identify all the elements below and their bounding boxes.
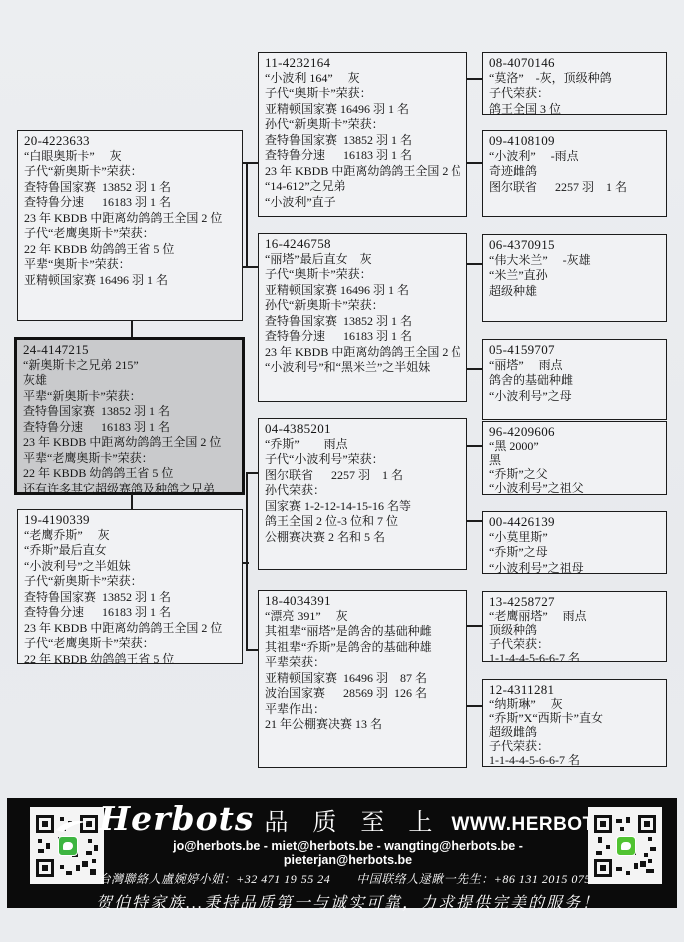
pedigree-line: 23 年 KBDB 中距离幼鸽鸽王全国 2 位 [265, 345, 460, 361]
paternal-grandmother-box: 16-4246758 “丽塔”最后直女 灰子代“奥斯卡”荣获：亚精顿国家赛 16… [258, 233, 467, 402]
pedigree-line: 图尔联省 2257 羽 1 名 [489, 180, 660, 196]
pedigree-text: “莫洛” -灰，顶级种鸽子代荣获：鸽王全国 3 位 [489, 71, 660, 116]
pedigree-line: 还有许多其它超级赛鸽及种鸽之兄弟 [23, 482, 236, 496]
pedigree-line: 查特鲁国家赛 13852 羽 1 名 [24, 180, 236, 196]
pedigree-line: 平辈“新奥斯卡”荣获： [23, 389, 236, 405]
great-grandparent-box-1: 08-4070146 “莫洛” -灰，顶级种鸽子代荣获：鸽王全国 3 位 [482, 52, 667, 115]
ring-number: 20-4223633 [24, 133, 236, 149]
subject-box: 24-4147215 “新奥斯卡之兄弟 215”灰雄平辈“新奥斯卡”荣获：查特鲁… [14, 337, 245, 495]
pedigree-line: “米兰”直孙 [489, 268, 660, 284]
pedigree-line: “小波利号”之母 [489, 389, 660, 405]
ring-number: 05-4159707 [489, 342, 660, 358]
pedigree-text: “丽塔” 雨点鸽舍的基础种雌“小波利号”之母 [489, 358, 660, 405]
footer-banner: Herbots 品 质 至 上 WWW.HERBOTS.BE jo@herbot… [7, 798, 677, 908]
ring-number: 16-4246758 [265, 236, 460, 252]
pedigree-line: “新奥斯卡之兄弟 215” [23, 358, 236, 374]
maternal-grandmother-box: 18-4034391 “漂亮 391” 灰其祖辈“丽塔”是鸽舍的基础种雌其祖辈“… [258, 590, 467, 768]
pedigree-text: “老鹰丽塔” 雨点顶级种鸽子代荣获：1-1-4-4-5-6-6-7 名 [489, 609, 660, 662]
great-grandparent-box-4: 05-4159707 “丽塔” 雨点鸽舍的基础种雌“小波利号”之母 [482, 339, 667, 420]
great-grandparent-box-3: 06-4370915 “伟大米兰” -灰雄“米兰”直孙超级种雄 [482, 234, 667, 322]
connector-line [466, 625, 483, 627]
pedigree-line: “乔斯”之父 [489, 467, 660, 481]
pedigree-document: 20-4223633 “白眼奥斯卡” 灰子代“新奥斯卡”荣获：查特鲁国家赛 13… [0, 0, 684, 942]
pedigree-line: 查特鲁分速 16183 羽 1 名 [265, 329, 460, 345]
pedigree-text: “小波利 164” 灰子代“奥斯卡”荣获：亚精顿国家赛 16496 羽 1 名孙… [265, 71, 460, 211]
maternal-grandfather-box: 04-4385201 “乔斯” 雨点子代“小波利号”荣获：图尔联省 2257 羽… [258, 418, 467, 570]
pedigree-line: 亚精顿国家赛 16496 羽 87 名 [265, 671, 460, 687]
brand-logo: Herbots [99, 802, 254, 836]
connector-line [246, 649, 259, 651]
pedigree-line: 子代“老鹰奥斯卡”荣获： [24, 226, 236, 242]
pedigree-text: “小莫里斯”“乔斯”之母“小波利号”之祖母 [489, 530, 660, 575]
pedigree-line: 灰雄 [23, 373, 236, 389]
pedigree-line: “乔斯”最后直女 [24, 543, 236, 559]
pedigree-line: 子代“老鹰奥斯卡”荣获： [24, 636, 236, 652]
pedigree-line: 22 年 KBDB 幼鸽鸽王省 5 位 [24, 242, 236, 258]
ring-number: 06-4370915 [489, 237, 660, 253]
pedigree-line: “老鹰乔斯” 灰 [24, 528, 236, 544]
pedigree-line: 查特鲁分速 16183 羽 1 名 [24, 605, 236, 621]
pedigree-line: 23 年 KBDB 中距离幼鸽鸽王全国 2 位 [24, 621, 236, 637]
paternal-grandfather-box: 11-4232164 “小波利 164” 灰子代“奥斯卡”荣获：亚精顿国家赛 1… [258, 52, 467, 217]
connector-line [466, 705, 483, 707]
pedigree-text: “漂亮 391” 灰其祖辈“丽塔”是鸽舍的基础种雌其祖辈“乔斯”是鸽舍的基础种雄… [265, 609, 460, 733]
pedigree-line: 1-1-4-4-5-6-6-7 名 [489, 753, 660, 767]
great-grandparent-box-5: 96-4209606 “黑 2000”黑“乔斯”之父“小波利号”之祖父 [482, 421, 667, 495]
pedigree-text: “丽塔”最后直女 灰子代“奥斯卡”荣获：亚精顿国家赛 16496 羽 1 名孙代… [265, 252, 460, 376]
great-grandparent-box-8: 12-4311281 “纳斯琳” 灰“乔斯”X“西斯卡”直女超级雌鸽子代荣获：1… [482, 679, 667, 767]
pedigree-line: 子代“新奥斯卡”荣获： [24, 574, 236, 590]
pedigree-line: 22 年 KBDB 幼鸽鸽王省 5 位 [23, 466, 236, 482]
line-app-icon [58, 836, 78, 856]
pedigree-line: 子代荣获： [489, 637, 660, 651]
pedigree-text: “纳斯琳” 灰“乔斯”X“西斯卡”直女超级雌鸽子代荣获：1-1-4-4-5-6-… [489, 697, 660, 767]
pedigree-line: “纳斯琳” 灰 [489, 697, 660, 711]
great-grandparent-box-7: 13-4258727 “老鹰丽塔” 雨点顶级种鸽子代荣获：1-1-4-4-5-6… [482, 591, 667, 662]
footer-center: Herbots 品 质 至 上 WWW.HERBOTS.BE jo@herbot… [111, 800, 585, 906]
great-grandparent-box-6: 00-4426139 “小莫里斯”“乔斯”之母“小波利号”之祖母 [482, 511, 667, 574]
pedigree-text: “小波利” -雨点奇迹雌鸽图尔联省 2257 羽 1 名 [489, 149, 660, 196]
pedigree-line: 其祖辈“丽塔”是鸽舍的基础种雌 [265, 624, 460, 640]
pedigree-line: 21 年公棚赛决赛 13 名 [265, 717, 460, 733]
pedigree-line: 查特鲁分速 16183 羽 1 名 [23, 420, 236, 436]
pedigree-line: 子代“奥斯卡”荣获： [265, 267, 460, 283]
pedigree-line: “丽塔”最后直女 灰 [265, 252, 460, 268]
pedigree-line: 公棚赛决赛 2 名和 5 名 [265, 530, 460, 546]
pedigree-line: 孙代“新奥斯卡”荣获： [265, 117, 460, 133]
wechat-qr-code [588, 807, 662, 884]
pedigree-line: 孙代“新奥斯卡”荣获： [265, 298, 460, 314]
contact-emails: jo@herbots.be - miet@herbots.be - wangti… [111, 839, 585, 867]
pedigree-line: 23 年 KBDB 中距离幼鸽鸽王全国 2 位 [265, 164, 460, 180]
pedigree-line: 子代“新奥斯卡”荣获： [24, 164, 236, 180]
pedigree-line: “伟大米兰” -灰雄 [489, 253, 660, 269]
ring-number: 12-4311281 [489, 682, 660, 697]
connector-line [466, 520, 483, 522]
pedigree-line: “老鹰丽塔” 雨点 [489, 609, 660, 623]
connector-line [466, 263, 483, 265]
pedigree-line: 子代“小波利号”荣获： [265, 452, 460, 468]
pedigree-line: “小波利号”之半姐妹 [24, 559, 236, 575]
ring-number: 11-4232164 [265, 55, 460, 71]
wechat-icon [616, 836, 636, 856]
pedigree-line: “小波利”直子 [265, 195, 460, 211]
ring-number: 09-4108109 [489, 133, 660, 149]
pedigree-line: “14-612”之兄弟 [265, 179, 460, 195]
pedigree-line: 子代荣获： [489, 739, 660, 753]
pedigree-line: 22 年 KBDB 幼鸽鸽王省 5 位 [24, 652, 236, 665]
connector-line [131, 494, 133, 510]
pedigree-line: 平辈“老鹰奥斯卡”荣获： [23, 451, 236, 467]
pedigree-line: “小波利号”和“黑米兰”之半姐妹 [265, 360, 460, 376]
pedigree-text: “白眼奥斯卡” 灰子代“新奥斯卡”荣获：查特鲁国家赛 13852 羽 1 名查特… [24, 149, 236, 289]
ring-number: 08-4070146 [489, 55, 660, 71]
pedigree-line: “乔斯”X“西斯卡”直女 [489, 711, 660, 725]
pedigree-line: 超级种雄 [489, 284, 660, 300]
connector-line [246, 162, 248, 268]
contact-phones: 台灣聯絡人盧婉婷小姐：+32 471 19 55 24中国联络人逯瞅一先生：+8… [99, 870, 598, 887]
ring-number: 96-4209606 [489, 424, 660, 439]
ring-number: 13-4258727 [489, 594, 660, 609]
pedigree-line: 亚精顿国家赛 16496 羽 1 名 [265, 283, 460, 299]
pedigree-line: 鸽王全国 2 位-3 位和 7 位 [265, 514, 460, 530]
pedigree-line: 亚精顿国家赛 16496 羽 1 名 [24, 273, 236, 289]
pedigree-line: “小波利 164” 灰 [265, 71, 460, 87]
pedigree-line: 查特鲁国家赛 13852 羽 1 名 [265, 133, 460, 149]
pedigree-line: 超级雌鸽 [489, 725, 660, 739]
father-box: 20-4223633 “白眼奥斯卡” 灰子代“新奥斯卡”荣获：查特鲁国家赛 13… [17, 130, 243, 321]
pedigree-line: 国家赛 1-2-12-14-15-16 名等 [265, 499, 460, 515]
pedigree-line: 黑 [489, 453, 660, 467]
pedigree-line: 奇迹雌鸽 [489, 164, 660, 180]
connector-line [466, 445, 483, 447]
connector-line [131, 320, 133, 337]
pedigree-line: 顶级种鸽 [489, 623, 660, 637]
pedigree-line: “小波利号”之祖父 [489, 481, 660, 495]
pedigree-line: 查特鲁国家赛 13852 羽 1 名 [23, 404, 236, 420]
pedigree-line: 子代荣获： [489, 86, 660, 102]
pedigree-line: 23 年 KBDB 中距离幼鸽鸽王全国 2 位 [23, 435, 236, 451]
pedigree-text: “黑 2000”黑“乔斯”之父“小波利号”之祖父 [489, 439, 660, 495]
slogan-text: 品 质 至 上 [264, 808, 441, 838]
pedigree-line: “丽塔” 雨点 [489, 358, 660, 374]
china-contact: 中国联络人逯瞅一先生：+86 131 2015 0755 [356, 872, 597, 886]
pedigree-line: 平辈荣获： [265, 655, 460, 671]
pedigree-line: “黑 2000” [489, 439, 660, 453]
pedigree-line: “漂亮 391” 灰 [265, 609, 460, 625]
pedigree-line: 亚精顿国家赛 16496 羽 1 名 [265, 102, 460, 118]
pedigree-line: 查特鲁分速 16183 羽 1 名 [265, 148, 460, 164]
pedigree-line: “小莫里斯” [489, 530, 660, 546]
taiwan-contact: 台灣聯絡人盧婉婷小姐：+32 471 19 55 24 [99, 872, 331, 886]
footer-tagline: 贺伯特家族...秉持品质第一与诚实可靠，力求提供完美的服务！ [96, 890, 600, 913]
pedigree-text: “新奥斯卡之兄弟 215”灰雄平辈“新奥斯卡”荣获：查特鲁国家赛 13852 羽… [23, 358, 236, 496]
pedigree-text: “伟大米兰” -灰雄“米兰”直孙超级种雄 [489, 253, 660, 300]
pedigree-line: 孙代荣获： [265, 483, 460, 499]
pedigree-line: 23 年 KBDB 中距离幼鸽鸽王全国 2 位 [24, 211, 236, 227]
ring-number: 18-4034391 [265, 593, 460, 609]
connector-line [246, 472, 259, 474]
connector-line [466, 368, 483, 370]
connector-line [466, 162, 483, 164]
pedigree-line: 查特鲁国家赛 13852 羽 1 名 [265, 314, 460, 330]
pedigree-line: 图尔联省 2257 羽 1 名 [265, 468, 460, 484]
pedigree-text: “老鹰乔斯” 灰“乔斯”最后直女“小波利号”之半姐妹子代“新奥斯卡”荣获：查特鲁… [24, 528, 236, 665]
pedigree-line: 1-1-4-4-5-6-6-7 名 [489, 651, 660, 662]
great-grandparent-box-2: 09-4108109 “小波利” -雨点奇迹雌鸽图尔联省 2257 羽 1 名 [482, 130, 667, 217]
mother-box: 19-4190339 “老鹰乔斯” 灰“乔斯”最后直女“小波利号”之半姐妹子代“… [17, 509, 243, 664]
pedigree-text: “乔斯” 雨点子代“小波利号”荣获：图尔联省 2257 羽 1 名孙代荣获：国家… [265, 437, 460, 546]
ring-number: 04-4385201 [265, 421, 460, 437]
pedigree-line: “白眼奥斯卡” 灰 [24, 149, 236, 165]
pedigree-line: 查特鲁分速 16183 羽 1 名 [24, 195, 236, 211]
pedigree-line: 子代“奥斯卡”荣获： [265, 86, 460, 102]
pedigree-line: 平辈“奥斯卡”荣获： [24, 257, 236, 273]
pedigree-line: 鸽王全国 3 位 [489, 102, 660, 116]
pedigree-line: 波治国家赛 28569 羽 126 名 [265, 686, 460, 702]
pedigree-line: “乔斯”之母 [489, 545, 660, 561]
pedigree-line: 其祖辈“乔斯”是鸽舍的基础种雄 [265, 640, 460, 656]
ring-number: 00-4426139 [489, 514, 660, 530]
pedigree-line: 平辈作出： [265, 702, 460, 718]
ring-number: 24-4147215 [23, 342, 236, 358]
connector-line [466, 78, 483, 80]
connector-line [246, 472, 248, 651]
pedigree-line: 鸽舍的基础种雌 [489, 373, 660, 389]
pedigree-line: “小波利号”之祖母 [489, 561, 660, 575]
wing-flourish-icon [55, 817, 89, 838]
ring-number: 19-4190339 [24, 512, 236, 528]
pedigree-line: “莫洛” -灰，顶级种鸽 [489, 71, 660, 87]
pedigree-line: 查特鲁国家赛 13852 羽 1 名 [24, 590, 236, 606]
pedigree-line: “小波利” -雨点 [489, 149, 660, 165]
pedigree-line: “乔斯” 雨点 [265, 437, 460, 453]
